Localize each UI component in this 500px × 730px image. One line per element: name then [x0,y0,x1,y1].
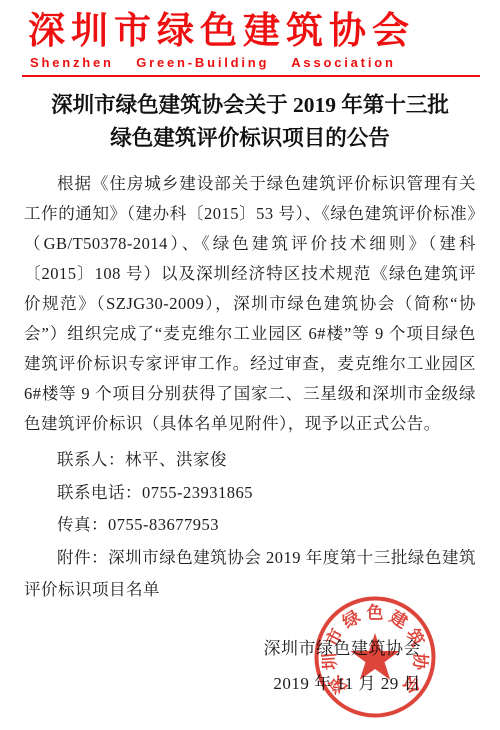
attachment-line: 附件：深圳市绿色建筑协会 2019 年度第十三批绿色建筑评价标识项目名单 [24,542,476,607]
signature-org: 深圳市绿色建筑协会 [24,631,421,666]
org-name-cn: 深圳市绿色建筑协会 [28,8,500,54]
announcement-page: 深圳市绿色建筑协会 Shenzhen Green-Building Associ… [0,0,500,730]
title-line-1: 深圳市绿色建筑协会关于 2019 年第十三批 [20,89,480,122]
signature-date: 2019 年 11 月 29 日 [24,666,421,701]
announcement-paragraph: 根据《住房城乡建设部关于绿色建筑评价标识管理有关工作的通知》（建办科〔2015〕… [24,169,476,439]
fax-line: 传真：0755-83677953 [24,509,476,542]
signature-block: 深圳市绿色建筑协会 2019 年 11 月 29 日 [24,631,476,701]
contact-phone-line: 联系电话：0755-23931865 [24,477,476,510]
header-divider [22,75,480,77]
document-body: 根据《住房城乡建设部关于绿色建筑评价标识管理有关工作的通知》（建办科〔2015〕… [24,169,476,701]
contact-block: 联系人：林平、洪家俊 联系电话：0755-23931865 传真：0755-83… [24,444,476,607]
announcement-title: 深圳市绿色建筑协会关于 2019 年第十三批 绿色建筑评价标识项目的公告 [20,89,480,155]
contact-person-line: 联系人：林平、洪家俊 [24,444,476,477]
org-name-en: Shenzhen Green-Building Association [30,54,500,72]
title-line-2: 绿色建筑评价标识项目的公告 [20,122,480,155]
letterhead: 深圳市绿色建筑协会 Shenzhen Green-Building Associ… [0,0,500,77]
